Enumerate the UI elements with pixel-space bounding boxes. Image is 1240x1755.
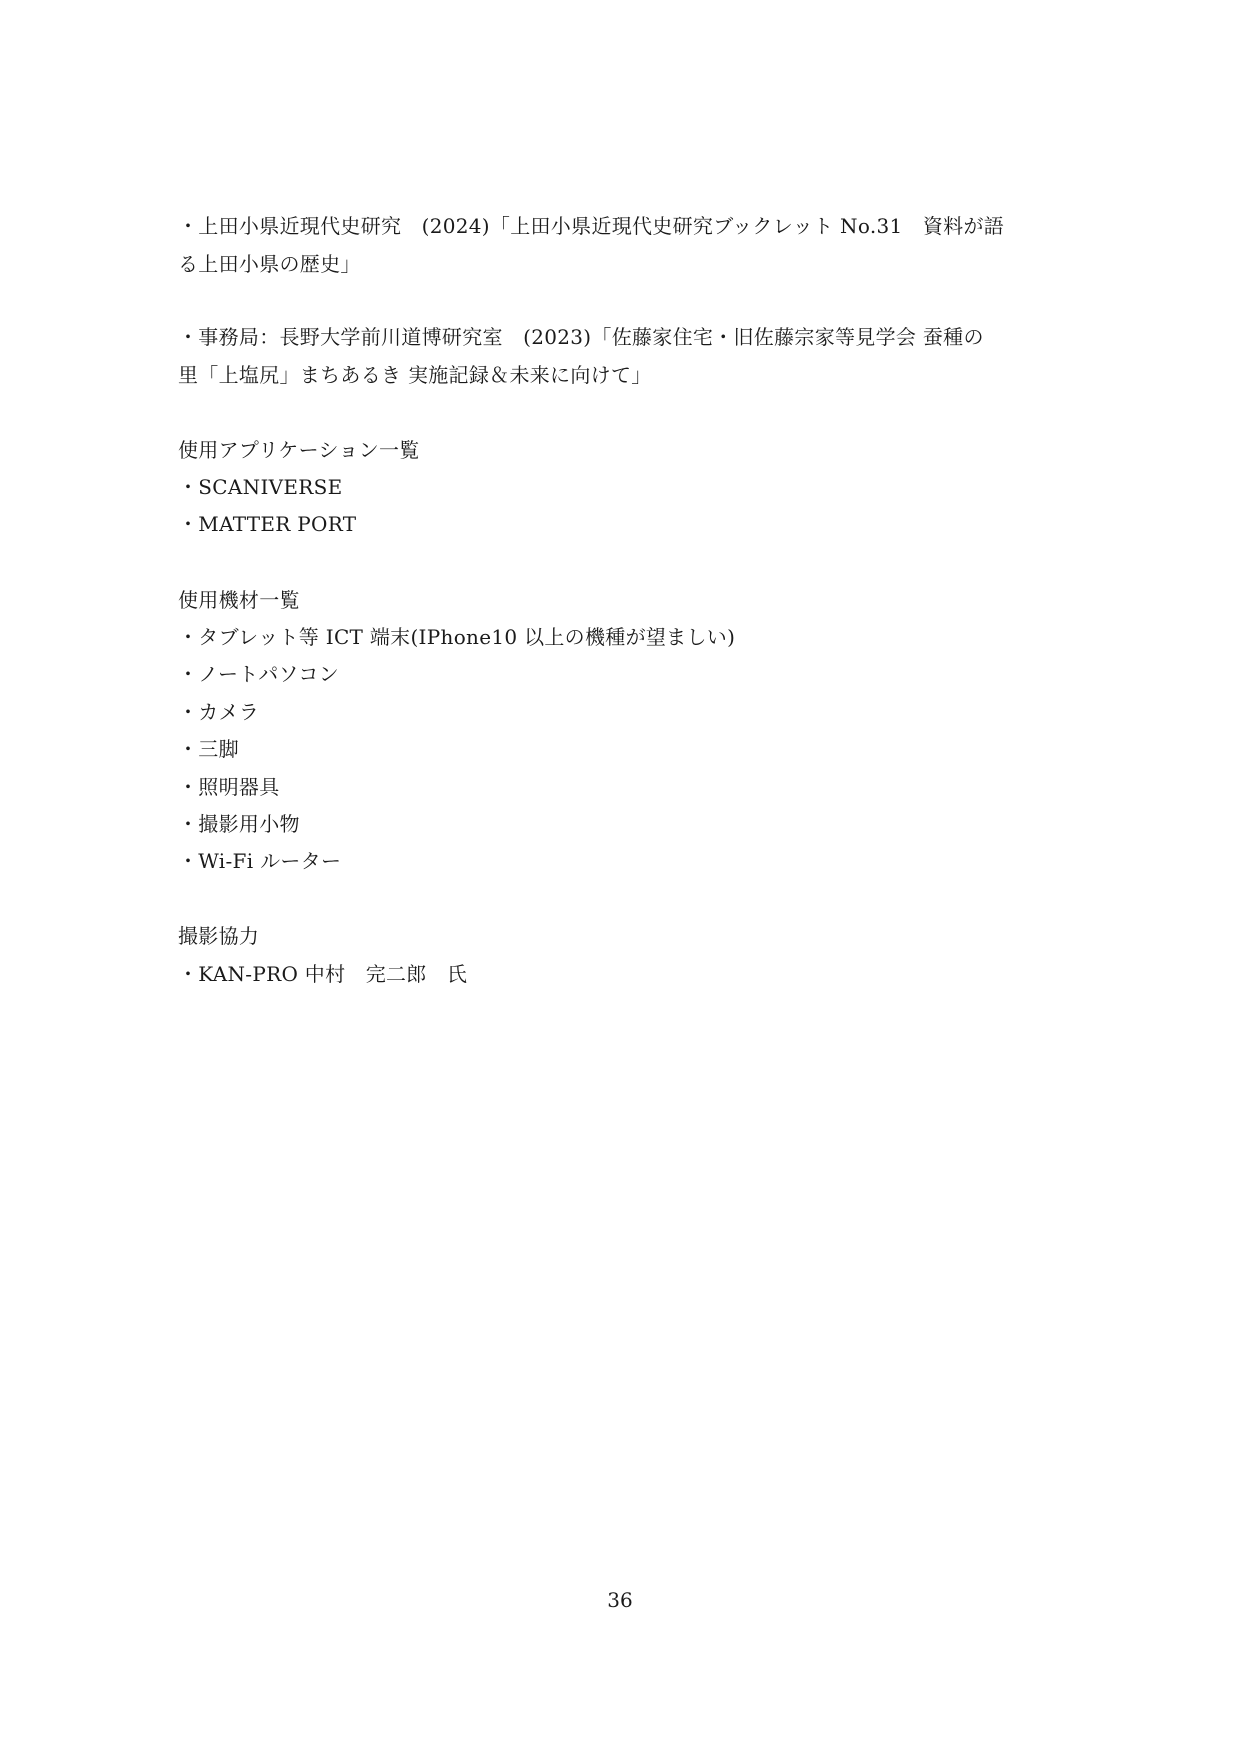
equipment-item: ・ノートパソコン bbox=[178, 660, 339, 688]
reference-1-line-2: る上田小県の歴史」 bbox=[178, 250, 361, 278]
cooperation-item: ・KAN-PRO 中村 完二郎 氏 bbox=[178, 960, 467, 988]
applications-heading: 使用アプリケーション一覧 bbox=[178, 436, 420, 464]
application-item: ・MATTER PORT bbox=[178, 510, 356, 538]
equipment-heading: 使用機材一覧 bbox=[178, 586, 300, 614]
reference-1-line-1: ・上田小県近現代史研究 (2024)「上田小県近現代史研究ブックレット No.3… bbox=[178, 212, 1004, 240]
equipment-item: ・タブレット等 ICT 端末(IPhone10 以上の機種が望ましい) bbox=[178, 623, 735, 651]
equipment-item: ・三脚 bbox=[178, 735, 239, 763]
application-item: ・SCANIVERSE bbox=[178, 473, 343, 501]
cooperation-heading: 撮影協力 bbox=[178, 922, 259, 950]
equipment-item: ・照明器具 bbox=[178, 773, 280, 801]
reference-2-line-1: ・事務局：長野大学前川道博研究室 (2023)「佐藤家住宅・旧佐藤宗家等見学会 … bbox=[178, 323, 984, 351]
equipment-item: ・カメラ bbox=[178, 698, 259, 726]
equipment-item: ・Wi-Fi ルーター bbox=[178, 847, 341, 875]
reference-2-line-2: 里「上塩尻」まちあるき 実施記録＆未来に向けて」 bbox=[178, 361, 652, 389]
page-number: 36 bbox=[0, 1586, 1240, 1614]
equipment-item: ・撮影用小物 bbox=[178, 810, 300, 838]
